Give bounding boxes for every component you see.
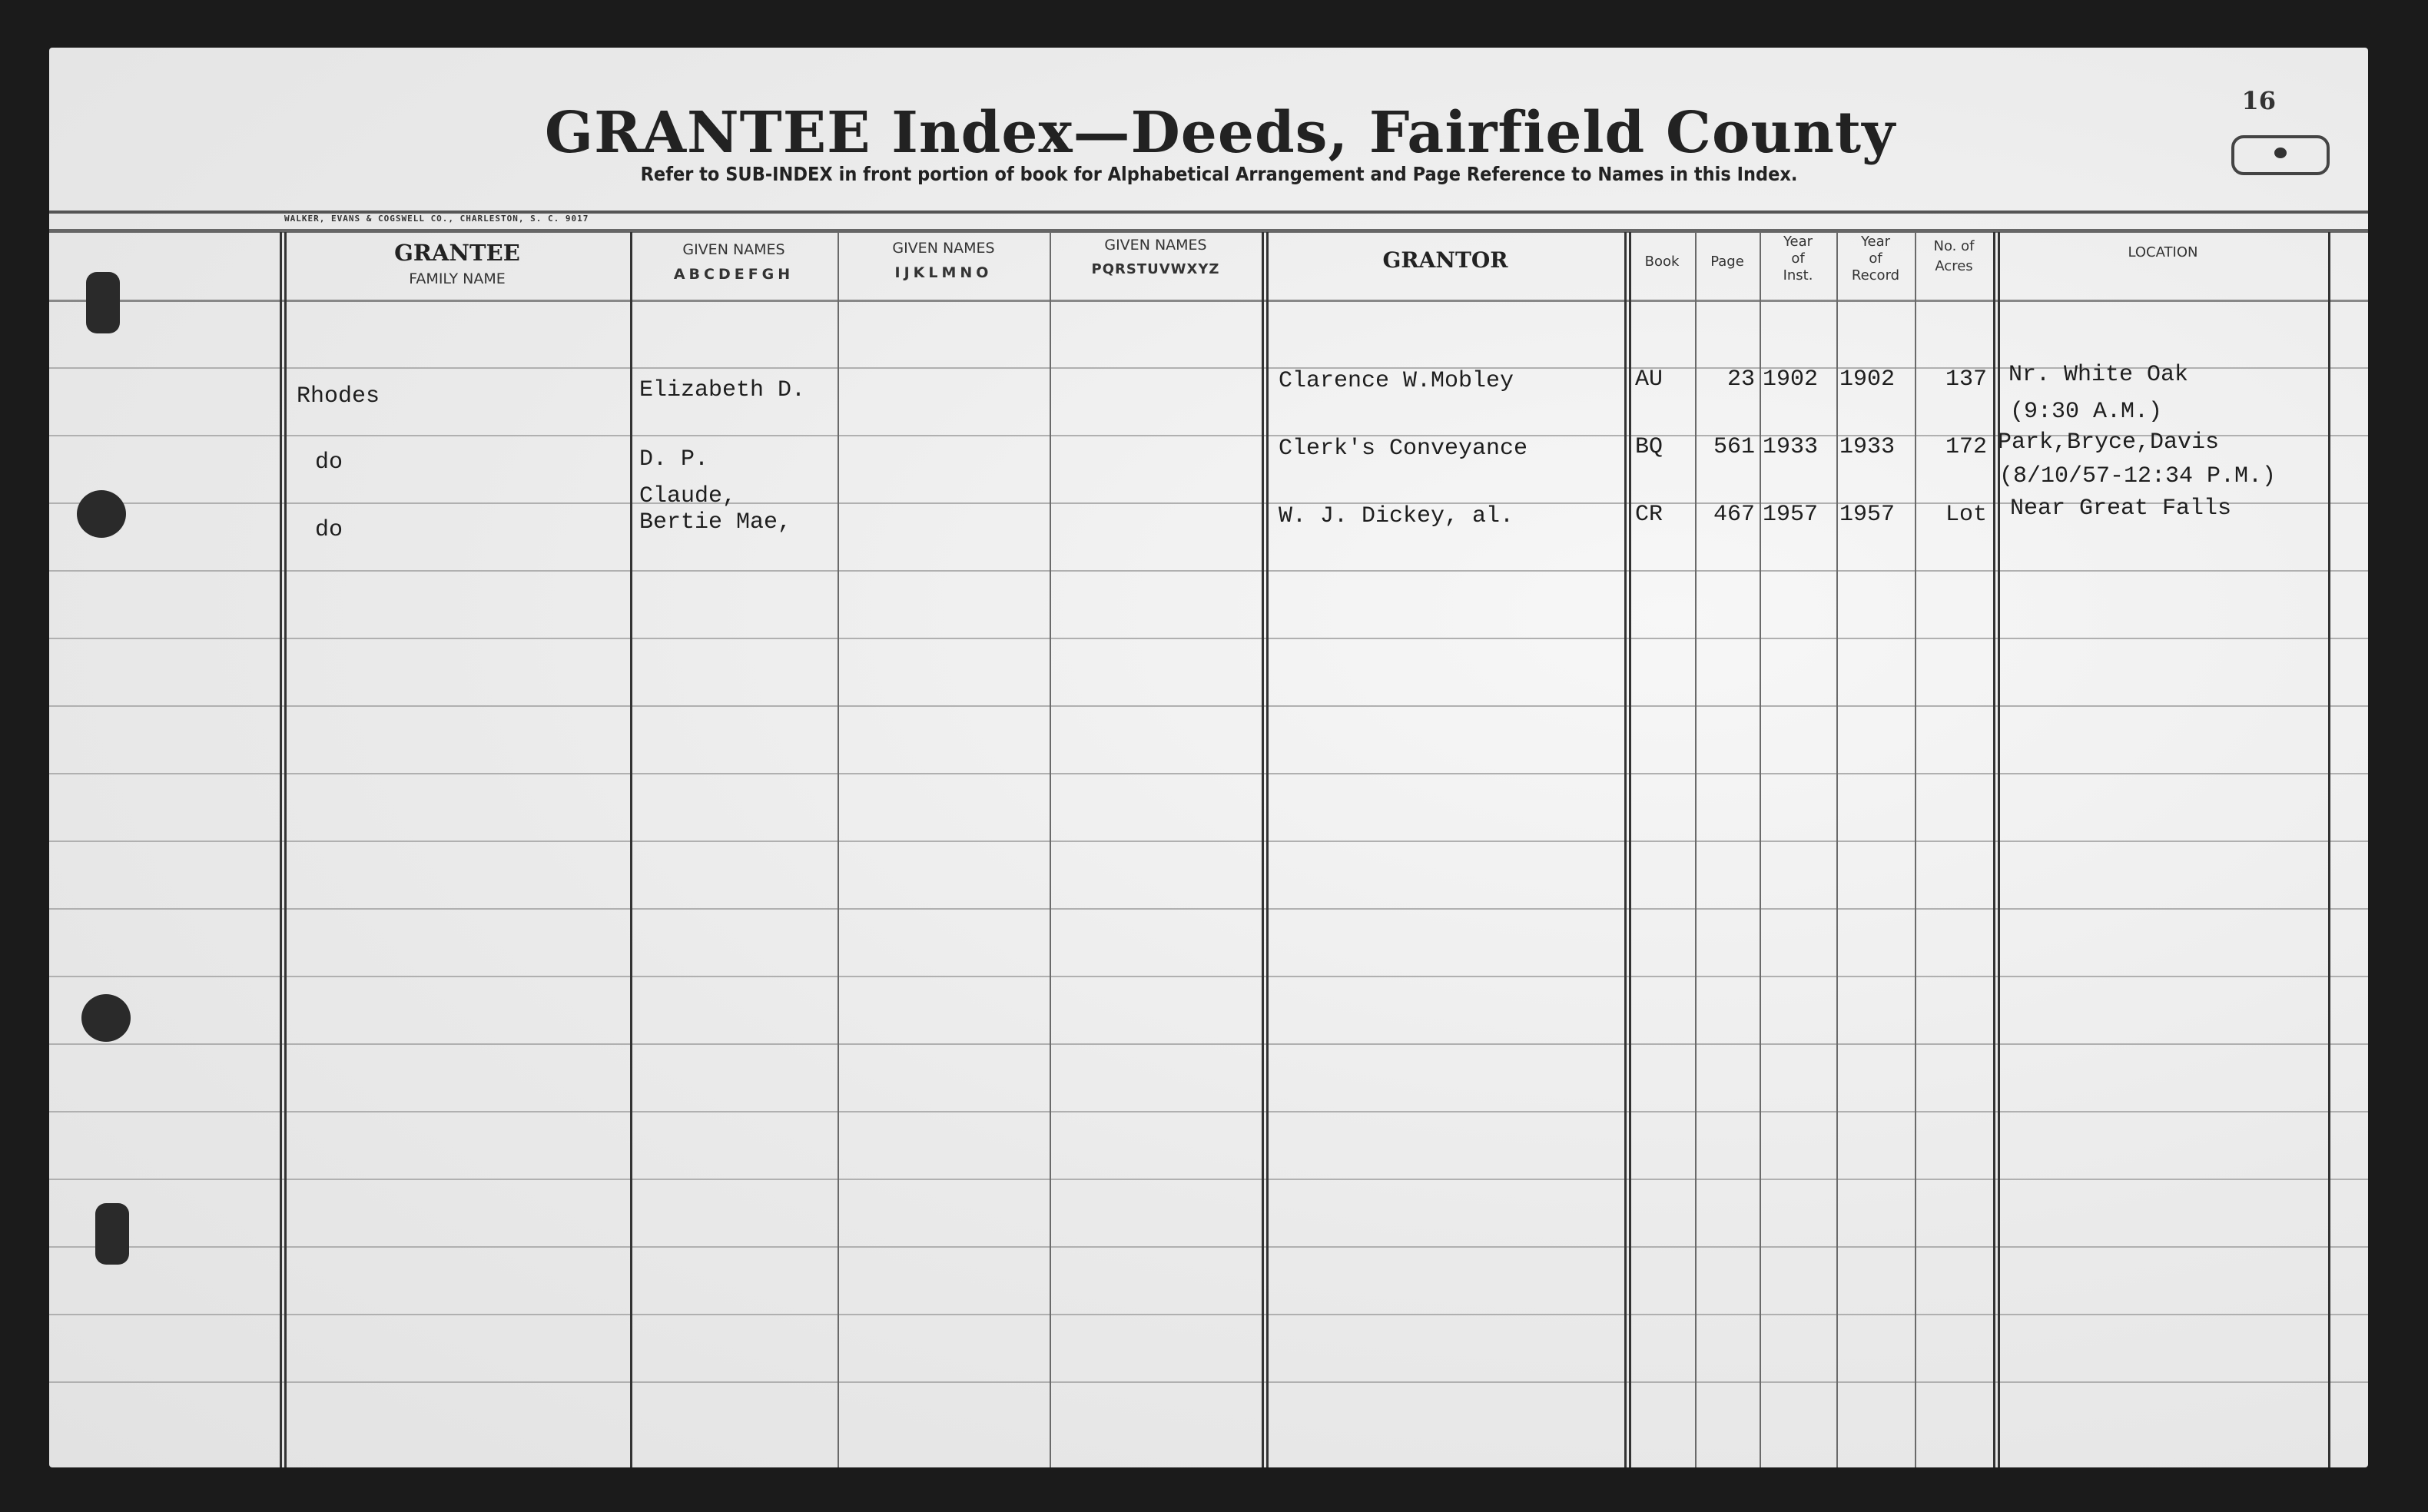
header-location: LOCATION bbox=[1998, 244, 2328, 261]
binder-hole-icon bbox=[95, 1203, 129, 1265]
header-grantor: GRANTOR bbox=[1266, 247, 1624, 273]
binder-hole-icon bbox=[77, 490, 126, 538]
row-line bbox=[49, 1043, 2368, 1045]
header-given3: GIVEN NAMES PQRSTUVWXYZ bbox=[1050, 237, 1262, 277]
col-line-year-record bbox=[1836, 232, 1838, 1467]
header-grantee: GRANTEE FAMILY NAME bbox=[284, 240, 630, 287]
entry-year-record: 1902 bbox=[1839, 366, 1895, 393]
entry-note: (8/10/57-12:34 P.M.) bbox=[1999, 463, 2276, 490]
entry-page: 467 bbox=[1695, 501, 1755, 529]
col-line-given3 bbox=[1050, 232, 1051, 1467]
header-acres: No. of Acres bbox=[1915, 238, 1993, 275]
entry-year-inst: 1957 bbox=[1763, 501, 1818, 529]
entry-grantor: W. J. Dickey, al. bbox=[1279, 502, 1514, 530]
header-book: Book bbox=[1629, 254, 1695, 270]
entry-book: CR bbox=[1635, 501, 1663, 529]
header-acres-l1: No. of bbox=[1915, 238, 1993, 255]
col-line-book bbox=[1624, 232, 1627, 1467]
header-given3-title: GIVEN NAMES bbox=[1050, 237, 1262, 254]
page-subtitle: Refer to SUB-INDEX in front portion of b… bbox=[165, 163, 2252, 185]
entry-given-names-line1: Claude, bbox=[639, 482, 736, 510]
row-line bbox=[49, 773, 2368, 774]
col-line-location bbox=[1998, 232, 2000, 1467]
header-year-record-l2: of bbox=[1836, 250, 1915, 267]
entry-year-record: 1957 bbox=[1839, 501, 1895, 529]
header-given3-letters: PQRSTUVWXYZ bbox=[1050, 261, 1262, 277]
header-grantee-sub: FAMILY NAME bbox=[284, 270, 630, 287]
header-given2: GIVEN NAMES IJKLMNO bbox=[838, 240, 1050, 281]
header-page: Page bbox=[1695, 254, 1760, 270]
col-line-acres bbox=[1915, 232, 1916, 1467]
margin-line bbox=[280, 232, 282, 1467]
entry-family-name: do bbox=[315, 516, 343, 544]
entry-grantor: Clarence W.Mobley bbox=[1279, 367, 1514, 395]
header-year-inst: Year of Inst. bbox=[1760, 234, 1836, 284]
header-given1-letters: ABCDEFGH bbox=[630, 266, 838, 283]
header-year-record: Year of Record bbox=[1836, 234, 1915, 284]
entry-location: Nr. White Oak bbox=[2008, 361, 2188, 389]
entry-year-inst: 1902 bbox=[1763, 366, 1818, 393]
margin-line bbox=[284, 232, 287, 1467]
header-given2-title: GIVEN NAMES bbox=[838, 240, 1050, 257]
col-line-grantor bbox=[1262, 232, 1264, 1467]
row-line bbox=[49, 976, 2368, 977]
row-line bbox=[49, 638, 2368, 639]
col-line-book bbox=[1629, 232, 1631, 1467]
entry-location: Near Great Falls bbox=[2010, 495, 2231, 522]
row-line bbox=[49, 1381, 2368, 1383]
entry-location: Park,Bryce,Davis bbox=[1998, 429, 2219, 456]
entry-grantor: Clerk's Conveyance bbox=[1279, 435, 1527, 463]
entry-family-name: do bbox=[315, 449, 343, 476]
entry-acres: 172 bbox=[1915, 433, 1987, 461]
entry-given-names: D. P. bbox=[639, 446, 708, 473]
page-title: GRANTEE Index—Deeds, Fairfield County bbox=[49, 100, 2368, 166]
entry-given-names-line2: Bertie Mae, bbox=[639, 509, 791, 536]
entry-page: 23 bbox=[1695, 366, 1755, 393]
binder-hole-icon bbox=[86, 272, 120, 333]
row-line bbox=[49, 1314, 2368, 1315]
ledger-grid: GRANTEE FAMILY NAME GIVEN NAMES ABCDEFGH… bbox=[49, 232, 2368, 1467]
col-line-given2 bbox=[838, 232, 839, 1467]
entry-acres: Lot bbox=[1915, 501, 1987, 529]
header-grantee-title: GRANTEE bbox=[284, 240, 630, 266]
entry-family-name: Rhodes bbox=[297, 383, 380, 410]
entry-book: BQ bbox=[1635, 433, 1663, 461]
row-line bbox=[49, 908, 2368, 910]
row-line bbox=[49, 570, 2368, 572]
row-line bbox=[49, 1246, 2368, 1248]
entry-book: AU bbox=[1635, 366, 1663, 393]
page-number: 16 bbox=[2241, 86, 2276, 115]
entry-year-inst: 1933 bbox=[1763, 433, 1818, 461]
header-acres-l2: Acres bbox=[1915, 258, 1993, 275]
header-divider bbox=[49, 300, 2368, 302]
col-line-grantor bbox=[1266, 232, 1269, 1467]
index-card: GRANTEE Index—Deeds, Fairfield County Re… bbox=[49, 48, 2368, 1467]
col-line-right bbox=[2328, 232, 2330, 1467]
entry-note: (9:30 A.M.) bbox=[2010, 398, 2162, 426]
col-line-location bbox=[1993, 232, 1995, 1467]
col-line-year-inst bbox=[1760, 232, 1761, 1467]
row-line bbox=[49, 1111, 2368, 1112]
tab-letter-mark-icon bbox=[2274, 148, 2287, 158]
header-year-inst-l2: of bbox=[1760, 250, 1836, 267]
header-year-record-l1: Year bbox=[1836, 234, 1915, 250]
header-given1: GIVEN NAMES ABCDEFGH bbox=[630, 241, 838, 283]
row-line bbox=[49, 705, 2368, 707]
col-line-given1 bbox=[630, 232, 632, 1467]
header-year-record-l3: Record bbox=[1836, 267, 1915, 284]
row-line bbox=[49, 1179, 2368, 1180]
printer-mark: WALKER, EVANS & COGSWELL CO., CHARLESTON… bbox=[284, 214, 589, 224]
entry-page: 561 bbox=[1695, 433, 1755, 461]
header-given2-letters: IJKLMNO bbox=[838, 264, 1050, 281]
row-line bbox=[49, 841, 2368, 842]
col-line-page bbox=[1695, 232, 1697, 1467]
entry-year-record: 1933 bbox=[1839, 433, 1895, 461]
header-year-inst-l1: Year bbox=[1760, 234, 1836, 250]
binder-hole-icon bbox=[81, 994, 131, 1042]
entry-acres: 137 bbox=[1915, 366, 1987, 393]
header-grantor-title: GRANTOR bbox=[1266, 247, 1624, 273]
header-year-inst-l3: Inst. bbox=[1760, 267, 1836, 284]
index-tab bbox=[2231, 135, 2330, 175]
entry-given-names: Elizabeth D. bbox=[639, 376, 805, 404]
header-given1-title: GIVEN NAMES bbox=[630, 241, 838, 258]
